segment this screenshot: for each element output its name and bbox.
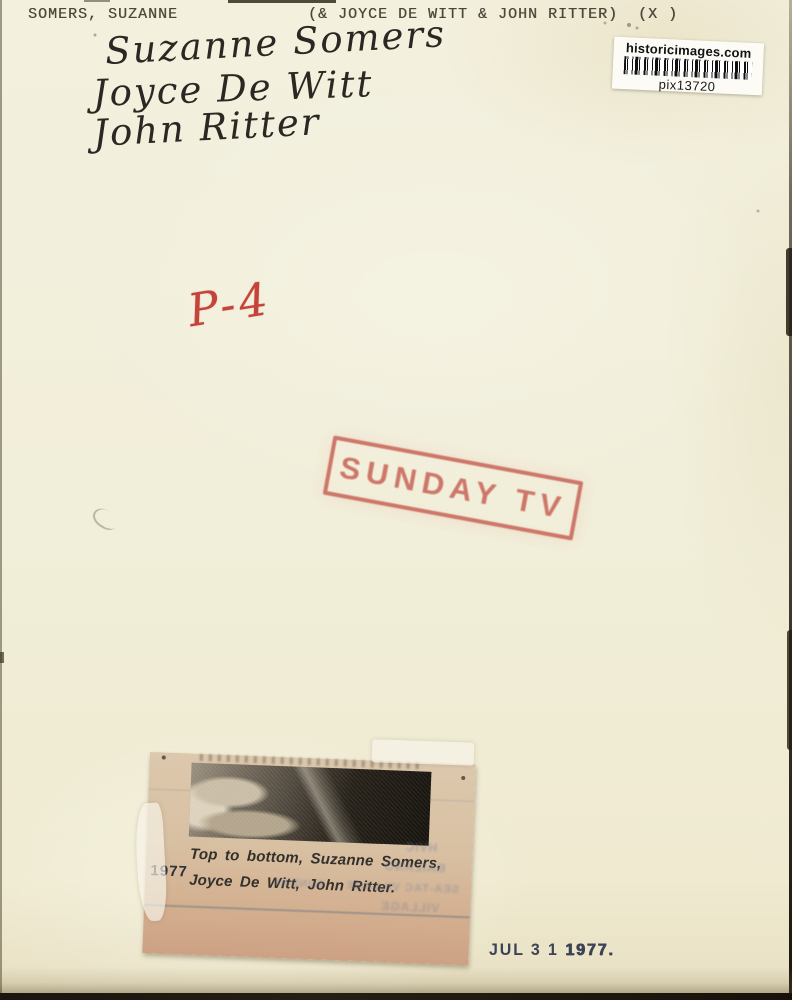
paper-edge-left — [0, 0, 2, 1000]
paper-edge-mark — [0, 652, 4, 663]
smudge-mark — [89, 504, 121, 533]
clipping-bleedthrough-text: BAILANO — [384, 859, 446, 875]
date-stamp-year: 1977. — [565, 940, 614, 959]
paper-edge-blob — [786, 248, 792, 336]
paper-bottom-shadow — [0, 967, 792, 993]
clipping-corner-mark — [162, 755, 166, 759]
tape-piece — [372, 739, 475, 766]
clipping-halftone-photo — [189, 763, 432, 846]
paper-edge-top-mark — [84, 0, 110, 2]
paper-edge-blob — [787, 630, 792, 750]
red-annotation: P-4 — [184, 272, 275, 337]
paper-bottom-edge — [0, 993, 792, 1000]
sunday-tv-stamp: SUNDAY TV — [323, 435, 584, 540]
newspaper-clipping: Top to bottom, Suzanne Somers, Joyce De … — [142, 752, 475, 965]
photo-verso-page: SOMERS, SUZANNE (& JOYCE DE WITT & JOHN … — [0, 0, 792, 1000]
inventory-sticker: historicimages.com pix13720 — [612, 37, 764, 96]
date-stamp: JUL 3 1 1977. — [489, 940, 614, 960]
clipping-bleedthrough-text: HVIC — [404, 840, 437, 855]
paper-specks — [0, 0, 2, 2]
clipping-corner-mark — [461, 776, 465, 780]
date-stamp-day: JUL 3 1 — [489, 940, 565, 959]
typed-subject-name: SOMERS, SUZANNE — [28, 6, 178, 23]
paper-edge-top-mark — [228, 0, 336, 3]
